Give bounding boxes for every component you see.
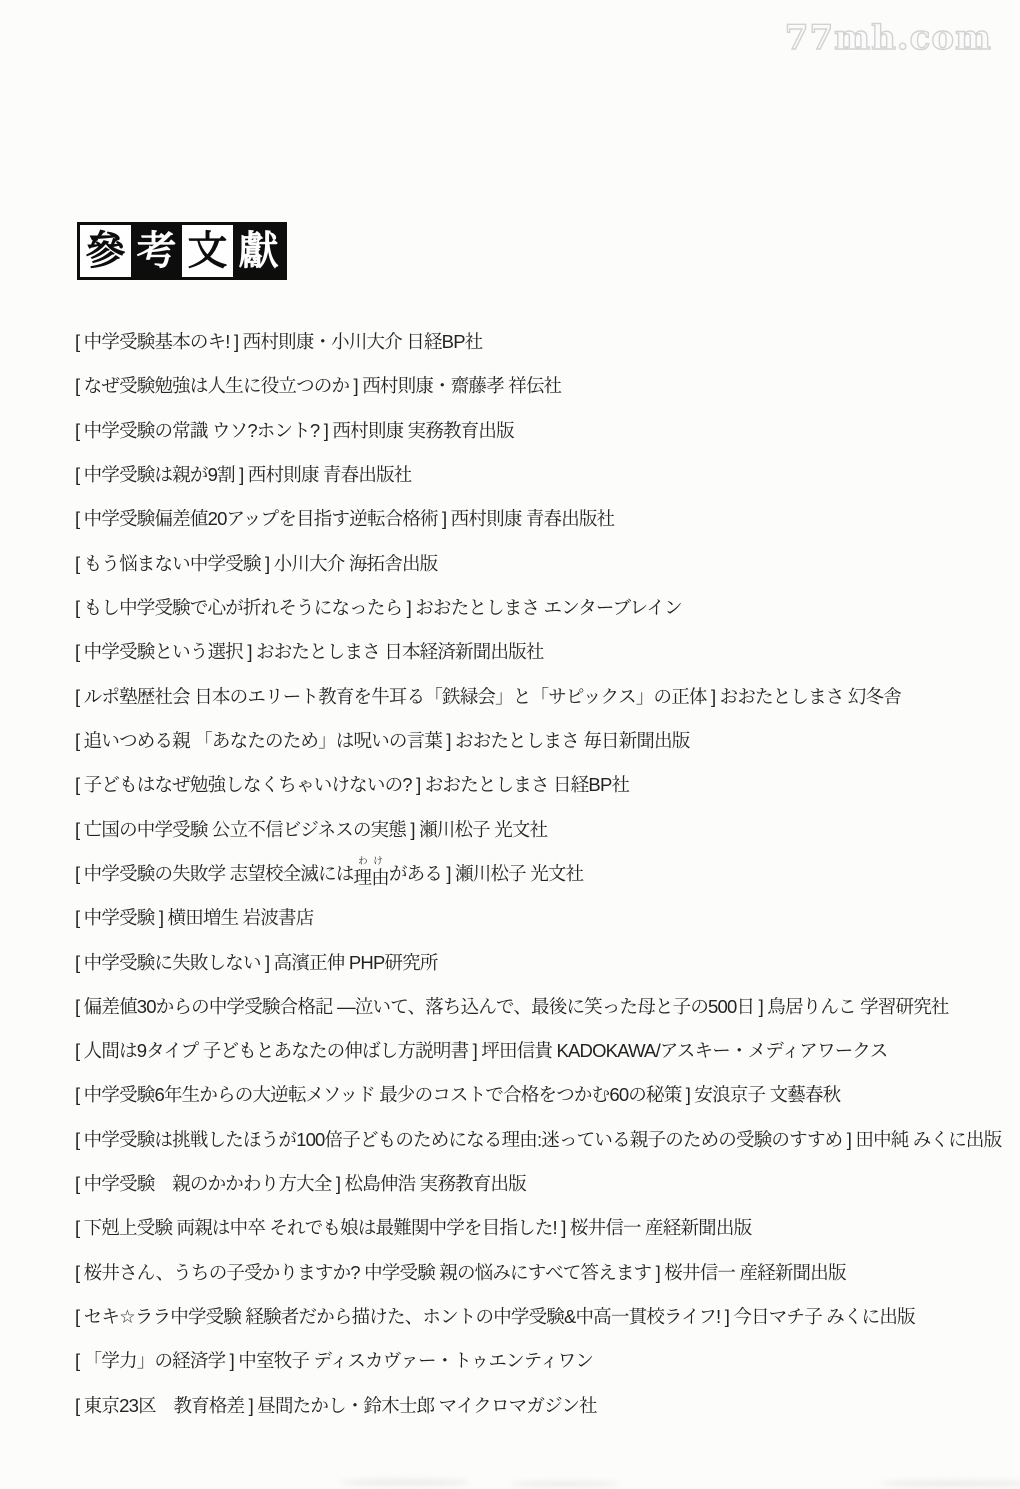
scan-smudge (880, 1480, 1020, 1487)
reference-item: [ 中学受験は挑戦したほうが100倍子どものためになる理由:迷っている親子のため… (75, 1117, 1020, 1161)
ruby-base: 理由 (354, 867, 389, 888)
reference-item: [ 「学力」の経済学 ] 中室牧子 ディスカヴァー・トゥエンティワン (75, 1338, 1020, 1382)
title-char-2: 考 (131, 225, 182, 277)
reference-item: [ 桜井さん、うちの子受かりますか? 中学受験 親の悩みにすべて答えます ] 桜… (75, 1250, 1020, 1294)
title-char-1: 參 (80, 225, 131, 277)
ruby-reading: わ け (354, 856, 389, 867)
reference-item: [ 人間は9タイプ 子どもとあなたの伸ばし方説明書 ] 坪田信貴 KADOKAW… (75, 1028, 1020, 1072)
reference-item: [ 東京23区 教育格差 ] 昼間たかし・鈴木士郎 マイクロマガジン社 (75, 1383, 1020, 1427)
reference-item: [ もう悩まない中学受験 ] 小川大介 海拓舎出版 (75, 541, 1020, 585)
reference-item: [ 追いつめる親 「あなたのため」は呪いの言葉 ] おおたとしまさ 毎日新聞出版 (75, 718, 1020, 762)
reference-item: [ 中学受験という選択 ] おおたとしまさ 日本経済新聞出版社 (75, 629, 1020, 673)
reference-item: [ 中学受験に失敗しない ] 高濱正伸 PHP研究所 (75, 939, 1020, 983)
title-char-3: 文 (182, 225, 233, 277)
reference-item: [ もし中学受験で心が折れそうになったら ] おおたとしまさ エンターブレイン (75, 585, 1020, 629)
reference-item: [ 中学受験 親のかかわり方大全 ] 松島伸浩 実務教育出版 (75, 1161, 1020, 1205)
reference-item: [ 中学受験は親が9割 ] 西村則康 青春出版社 (75, 452, 1020, 496)
reference-item: [ 中学受験6年生からの大逆転メソッド 最少のコストで合格をつかむ60の秘策 ]… (75, 1072, 1020, 1116)
reference-item: [ 中学受験基本のキ! ] 西村則康・小川大介 日経BP社 (75, 319, 1020, 363)
reference-text: がある ] 瀬川松子 光文社 (389, 860, 583, 886)
reference-item: [ 中学受験 ] 横田増生 岩波書店 (75, 895, 1020, 939)
scan-smudge (510, 1481, 620, 1487)
reference-item: [ 中学受験偏差値20アップを目指す逆転合格術 ] 西村則康 青春出版社 (75, 496, 1020, 540)
ruby-word: 理由わ け (354, 856, 389, 890)
reference-item: [ 亡国の中学受験 公立不信ビジネスの実態 ] 瀬川松子 光文社 (75, 806, 1020, 850)
reference-list: [ 中学受験基本のキ! ] 西村則康・小川大介 日経BP社 [ なぜ受験勉強は人… (75, 319, 1020, 1427)
reference-item: [ 偏差値30からの中学受験合格記 ―泣いて、落ち込んで、最後に笑った母と子の5… (75, 984, 1020, 1028)
reference-item: [ なぜ受験勉強は人生に役立つのか ] 西村則康・齋藤孝 祥伝社 (75, 363, 1020, 407)
reference-item: [ 下剋上受験 両親は中卒 それでも娘は最難関中学を目指した! ] 桜井信一 産… (75, 1205, 1020, 1249)
reference-item: [ セキ☆ララ中学受験 経験者だから描けた、ホントの中学受験&中高一貫校ライフ!… (75, 1294, 1020, 1338)
reference-item: [ 子どもはなぜ勉強しなくちゃいけないの? ] おおたとしまさ 日経BP社 (75, 762, 1020, 806)
reference-item-with-ruby: [ 中学受験の失敗学 志望校全滅には理由わ けがある ] 瀬川松子 光文社 (75, 851, 1020, 895)
reference-text: [ 中学受験の失敗学 志望校全滅には (75, 860, 354, 886)
reference-item: [ 中学受験の常識 ウソ?ホント? ] 西村則康 実務教育出版 (75, 408, 1020, 452)
book-page: { "colors": { "page_background": "#fcfcf… (0, 0, 1020, 1489)
site-watermark: 77mh.com (785, 18, 992, 58)
section-title-block: 參 考 文 獻 (77, 222, 287, 280)
title-char-4: 獻 (233, 225, 284, 277)
scan-smudge (340, 1479, 470, 1486)
reference-item: [ ルポ塾歴社会 日本のエリート教育を牛耳る「鉄緑会」と「サピックス」の正体 ]… (75, 674, 1020, 718)
